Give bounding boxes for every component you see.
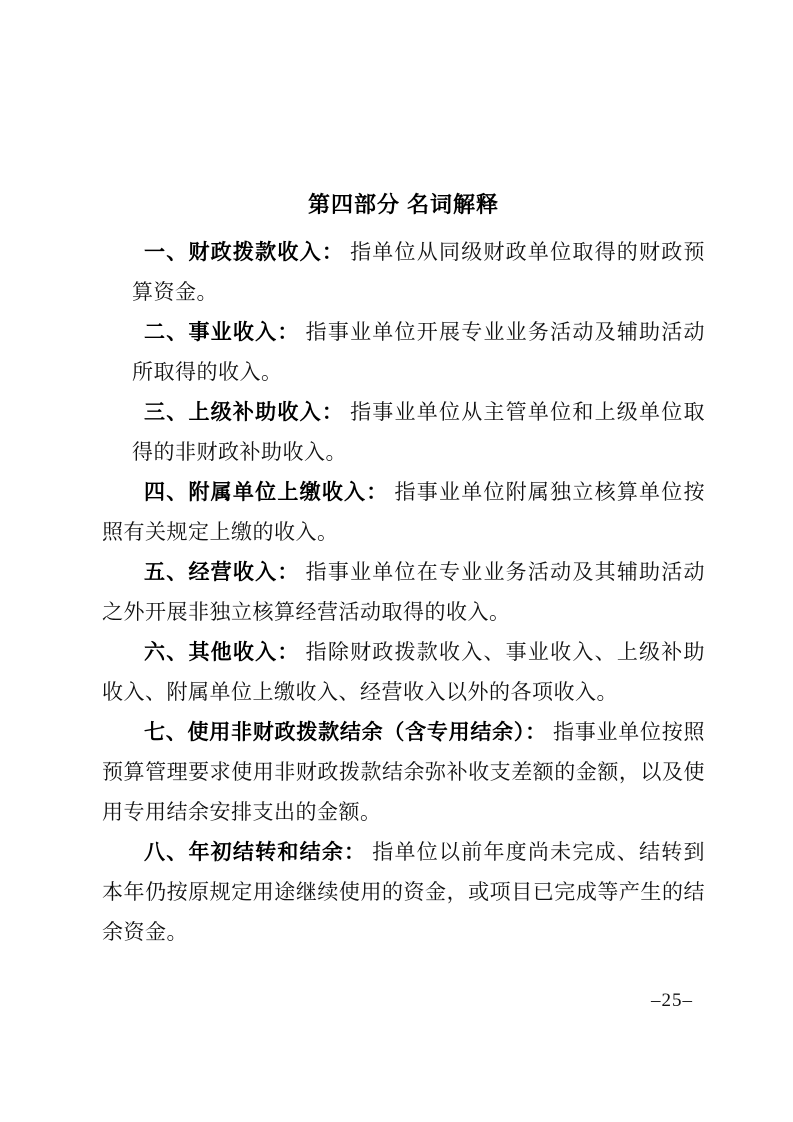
glossary-term-8: 八、年初结转和结余： bbox=[144, 840, 366, 864]
glossary-item-4: 四、附属单位上缴收入：指事业单位附属独立核算单位按照有关规定上缴的收入。 bbox=[102, 472, 705, 552]
glossary-term-2: 二、事业收入： bbox=[144, 320, 300, 344]
glossary-term-7: 七、使用非财政拨款结余（含专用结余）： bbox=[144, 720, 547, 744]
page-number: –25– bbox=[651, 990, 693, 1012]
document-body: 第四部分 名词解释 一、财政拨款收入：指单位从同级财政单位取得的财政预算资金。 … bbox=[102, 190, 705, 952]
glossary-item-6: 六、其他收入：指除财政拨款收入、事业收入、上级补助收入、附属单位上缴收入、经营收… bbox=[102, 632, 705, 712]
glossary-item-7: 七、使用非财政拨款结余（含专用结余）：指事业单位按照预算管理要求使用非财政拨款结… bbox=[102, 712, 705, 832]
glossary-term-4: 四、附属单位上缴收入： bbox=[144, 480, 389, 504]
glossary-item-3: 三、上级补助收入：指事业单位从主管单位和上级单位取得的非财政补助收入。 bbox=[132, 392, 705, 472]
glossary-item-1: 一、财政拨款收入：指单位从同级财政单位取得的财政预算资金。 bbox=[132, 232, 705, 312]
glossary-item-8: 八、年初结转和结余：指单位以前年度尚未完成、结转到本年仍按原规定用途继续使用的资… bbox=[102, 832, 705, 952]
glossary-term-3: 三、上级补助收入： bbox=[144, 400, 344, 424]
glossary-term-5: 五、经营收入： bbox=[144, 560, 300, 584]
glossary-item-5: 五、经营收入：指事业单位在专业业务活动及其辅助活动之外开展非独立核算经营活动取得… bbox=[102, 552, 705, 632]
glossary-item-2: 二、事业收入：指事业单位开展专业业务活动及辅助活动所取得的收入。 bbox=[132, 312, 705, 392]
document-page: 第四部分 名词解释 一、财政拨款收入：指单位从同级财政单位取得的财政预算资金。 … bbox=[0, 0, 793, 1122]
glossary-term-1: 一、财政拨款收入： bbox=[144, 240, 344, 264]
document-title: 第四部分 名词解释 bbox=[102, 190, 705, 220]
glossary-term-6: 六、其他收入： bbox=[144, 640, 300, 664]
